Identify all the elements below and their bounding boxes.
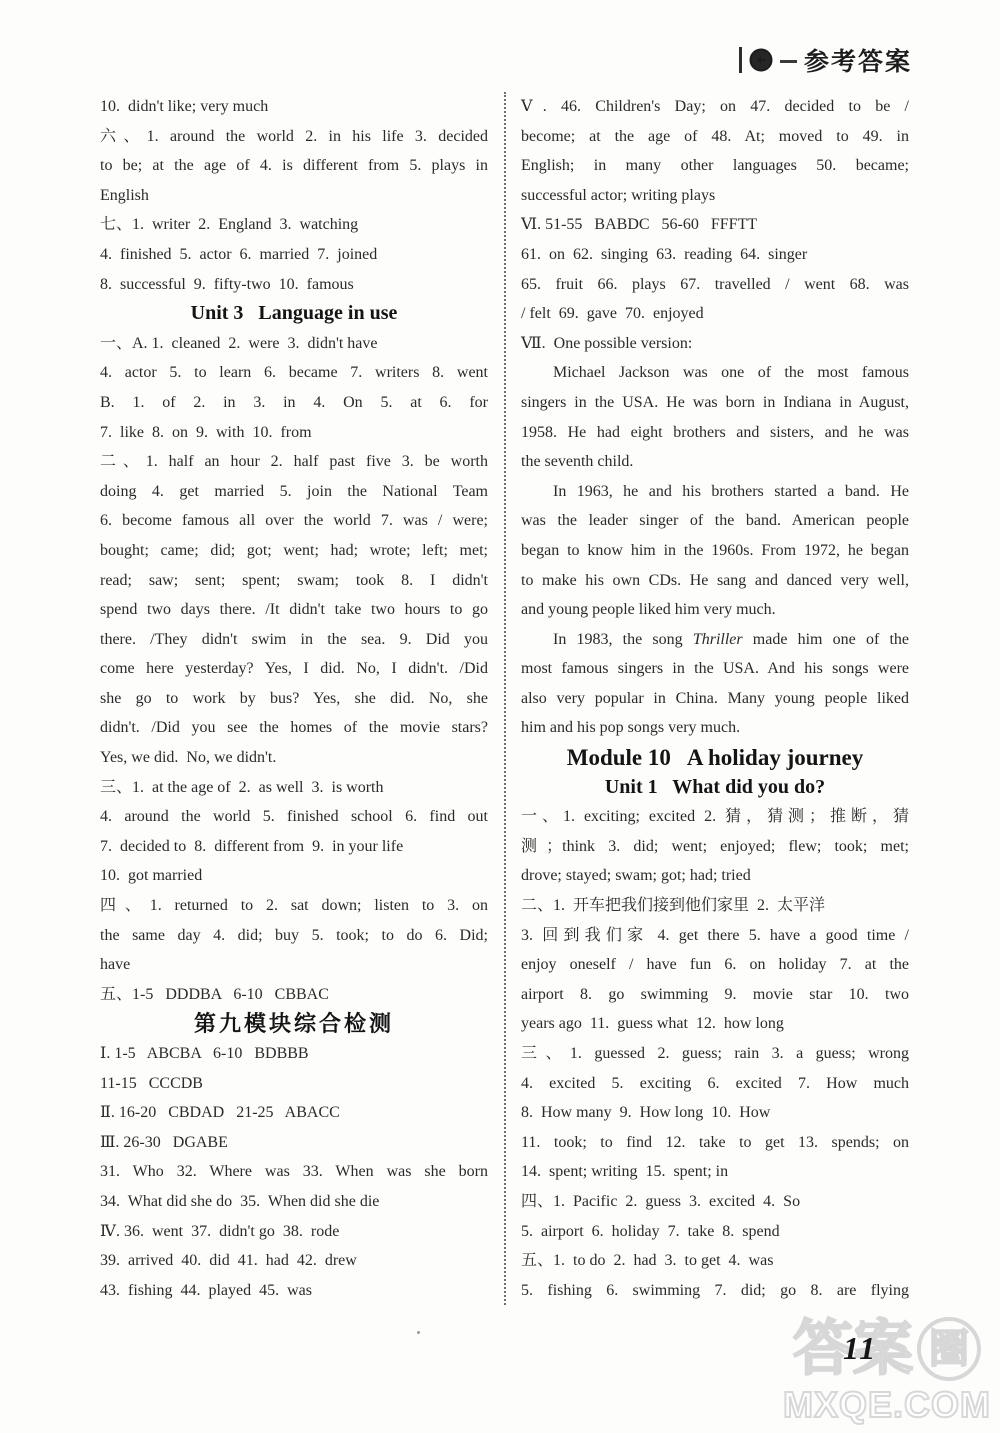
answer-line: 4. around the world 5. finished school 6…	[100, 802, 488, 832]
header-badge: 参考答案	[739, 44, 912, 76]
answer-line: 一、1. exciting; excited 2. 猜，猜测；推断，猜	[521, 802, 909, 832]
answer-line: was the leader singer of the band. Ameri…	[521, 506, 909, 536]
answer-line: 7. decided to 8. different from 9. in yo…	[100, 832, 488, 862]
answer-line: 4. actor 5. to learn 6. became 7. writer…	[100, 358, 488, 388]
section-heading: Unit 3 Language in use	[100, 299, 488, 329]
answer-line: 二、1. half an hour 2. half past five 3. b…	[100, 447, 488, 477]
answer-line: Ⅴ. 46. Children's Day; on 47. decided to…	[521, 92, 909, 122]
answer-line: Ⅶ. One possible version:	[521, 329, 909, 359]
answer-line: 4. excited 5. exciting 6. excited 7. How…	[521, 1069, 909, 1099]
answer-line: drove; stayed; swam; got; had; tried	[521, 861, 909, 891]
answer-line: airport 8. go swimming 9. movie star 10.…	[521, 980, 909, 1010]
answer-line: 三、1. guessed 2. guess; rain 3. a guess; …	[521, 1039, 909, 1069]
answer-line: 四、1. Pacific 2. guess 3. excited 4. So	[521, 1187, 909, 1217]
answer-line: have	[100, 950, 488, 980]
answer-line: enjoy oneself / have fun 6. on holiday 7…	[521, 950, 909, 980]
answer-line: 11. took; to find 12. take to get 13. sp…	[521, 1128, 909, 1158]
answer-line: the seventh child.	[521, 447, 909, 477]
watermark: 答案 圈 MXQE.COM	[782, 1317, 992, 1423]
answer-line: bought; came; did; got; went; had; wrote…	[100, 536, 488, 566]
answer-line: 3. 回到我们家 4. get there 5. have a good tim…	[521, 921, 909, 951]
answer-line: 1958. He had eight brothers and sisters,…	[521, 418, 909, 448]
answer-line: Ⅱ. 16-20 CBDAD 21-25 ABACC	[100, 1098, 488, 1128]
text-segment: In 1983, the song	[553, 631, 693, 648]
answer-line: 四、1. returned to 2. sat down; listen to …	[100, 891, 488, 921]
answer-line: 7. like 8. on 9. with 10. from	[100, 418, 488, 448]
answer-line: In 1963, he and his brothers started a b…	[521, 477, 909, 507]
answer-line: 34. What did she do 35. When did she die	[100, 1187, 488, 1217]
answer-line: 5. airport 6. holiday 7. take 8. spend	[521, 1217, 909, 1247]
header-bar-mark	[739, 47, 742, 73]
answer-line: 11-15 CCCDB	[100, 1069, 488, 1099]
text-segment: made him one of the	[743, 631, 909, 648]
answer-line: 10. got married	[100, 861, 488, 891]
answer-line: 31. Who 32. Where was 33. When was she b…	[100, 1157, 488, 1187]
answer-line: 43. fishing 44. played 45. was	[100, 1276, 488, 1306]
header-title: 参考答案	[804, 42, 912, 78]
answer-line: Ⅲ. 26-30 DGABE	[100, 1128, 488, 1158]
answer-page: 参考答案 10. didn't like; very much六、1. arou…	[0, 0, 1000, 1433]
answer-line: come here yesterday? Yes, I did. No, I d…	[100, 654, 488, 684]
answer-line: 5. fishing 6. swimming 7. did; go 8. are…	[521, 1276, 909, 1306]
watermark-site: MXQE.COM	[782, 1387, 992, 1423]
answer-line: 8. successful 9. fifty-two 10. famous	[100, 270, 488, 300]
scan-speck	[417, 1331, 420, 1334]
section-heading: Unit 1 What did you do?	[521, 773, 909, 803]
answer-line: 65. fruit 66. plays 67. travelled / went…	[521, 270, 909, 300]
answer-line: 五、1-5 DDDBA 6-10 CBBAC	[100, 980, 488, 1010]
answer-line: to make his own CDs. He sang and danced …	[521, 566, 909, 596]
answer-line: Ⅳ. 36. went 37. didn't go 38. rode	[100, 1217, 488, 1247]
answer-line: 七、1. writer 2. England 3. watching	[100, 210, 488, 240]
answer-line: In 1983, the song Thriller made him one …	[521, 625, 909, 655]
answer-line: began to know him in the 1960s. From 197…	[521, 536, 909, 566]
header-dash-mark	[780, 60, 797, 63]
answer-line: 4. finished 5. actor 6. married 7. joine…	[100, 240, 488, 270]
circle-swirl-icon	[749, 48, 773, 72]
answer-line: Ⅵ. 51-55 BABDC 56-60 FFFTT	[521, 210, 909, 240]
answer-line: 测；think 3. did; went; enjoyed; flew; too…	[521, 832, 909, 862]
watermark-circled-char: 圈	[917, 1317, 981, 1381]
answers-column-left: 10. didn't like; very much六、1. around th…	[100, 92, 488, 1305]
answer-line: 三、1. at the age of 2. as well 3. is wort…	[100, 773, 488, 803]
answer-line: Yes, we did. No, we didn't.	[100, 743, 488, 773]
answer-line: singers in the USA. He was born in India…	[521, 388, 909, 418]
answer-line: to be; at the age of 4. is different fro…	[100, 151, 488, 181]
answer-line: spend two days there. /It didn't take tw…	[100, 595, 488, 625]
answer-line: doing 4. get married 5. join the Nationa…	[100, 477, 488, 507]
answer-line: Michael Jackson was one of the most famo…	[521, 358, 909, 388]
column-divider	[504, 92, 506, 1305]
italic-title: Thriller	[693, 631, 743, 648]
answer-line: become; at the age of 48. At; moved to 4…	[521, 122, 909, 152]
answer-line: 8. How many 9. How long 10. How	[521, 1098, 909, 1128]
answer-line: / felt 69. gave 70. enjoyed	[521, 299, 909, 329]
answer-line: she go to work by bus? Yes, she did. No,…	[100, 684, 488, 714]
answer-line: years ago 11. guess what 12. how long	[521, 1009, 909, 1039]
answer-line: 14. spent; writing 15. spent; in	[521, 1157, 909, 1187]
answer-line: most famous singers in the USA. And his …	[521, 654, 909, 684]
answer-line: 39. arrived 40. did 41. had 42. drew	[100, 1246, 488, 1276]
answer-line: there. /They didn't swim in the sea. 9. …	[100, 625, 488, 655]
answer-line: didn't. /Did you see the homes of the mo…	[100, 713, 488, 743]
answer-line: 六、1. around the world 2. in his life 3. …	[100, 122, 488, 152]
answer-line: 10. didn't like; very much	[100, 92, 488, 122]
answer-line: Ⅰ. 1-5 ABCBA 6-10 BDBBB	[100, 1039, 488, 1069]
answer-line: and young people liked him very much.	[521, 595, 909, 625]
answer-line: B. 1. of 2. in 3. in 4. On 5. at 6. for	[100, 388, 488, 418]
answer-line: successful actor; writing plays	[521, 181, 909, 211]
answer-line: read; saw; sent; spent; swam; took 8. I …	[100, 566, 488, 596]
watermark-brand: 答案 圈	[782, 1317, 992, 1381]
answer-line: 五、1. to do 2. had 3. to get 4. was	[521, 1246, 909, 1276]
section-heading: 第九模块综合检测	[100, 1009, 488, 1039]
answer-line: also very popular in China. Many young p…	[521, 684, 909, 714]
answer-line: 6. become famous all over the world 7. w…	[100, 506, 488, 536]
answer-line: 61. on 62. singing 63. reading 64. singe…	[521, 240, 909, 270]
answer-line: 一、A. 1. cleaned 2. were 3. didn't have	[100, 329, 488, 359]
page-number: 11	[843, 1330, 877, 1367]
answer-line: 二、1. 开车把我们接到他们家里 2. 太平洋	[521, 891, 909, 921]
answer-line: him and his pop songs very much.	[521, 713, 909, 743]
answers-column-right: Ⅴ. 46. Children's Day; on 47. decided to…	[521, 92, 909, 1305]
answer-line: English	[100, 181, 488, 211]
answer-line: English; in many other languages 50. bec…	[521, 151, 909, 181]
section-heading: Module 10 A holiday journey	[521, 743, 909, 773]
answer-line: the same day 4. did; buy 5. took; to do …	[100, 921, 488, 951]
